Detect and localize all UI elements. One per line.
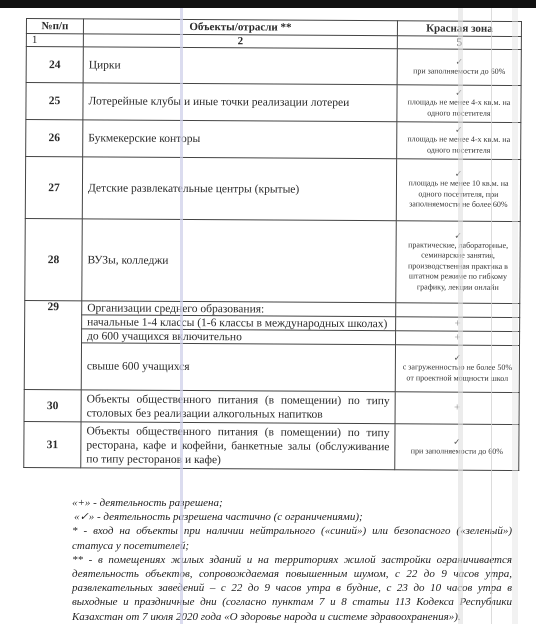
scan-artifact-line <box>458 8 463 624</box>
table-row: 26 Букмекерские конторы ✓ площадь не мен… <box>26 120 521 160</box>
legend-star: * - вход на объекты при наличии нейтраль… <box>72 524 512 552</box>
row-num: 29 <box>24 300 82 389</box>
row-name: Букмекерские конторы <box>83 120 397 159</box>
row-name: Детские развлекательные центры (крытые) <box>82 157 396 221</box>
row-num: 26 <box>26 120 83 157</box>
table-row: 24 Цирки ✓ при заполняемости до 60% <box>26 47 521 86</box>
table-subrow: свыше 600 учащихся ✓ с загруженностью не… <box>24 342 519 392</box>
colnum-1: 1 <box>26 34 83 47</box>
table-row: 30 Объекты общественного питания (в поме… <box>24 389 519 424</box>
table-row: 28 ВУЗы, колледжи ✓ практические, лабора… <box>25 218 520 303</box>
row-name: Объекты общественного питания (в помещен… <box>81 390 395 424</box>
legend: «+» - деятельность разрешена; «✓» - деят… <box>72 496 512 624</box>
scan-top-edge <box>0 0 536 8</box>
table-row: 31 Объекты общественного питания (в поме… <box>24 421 519 470</box>
row-num: 24 <box>26 47 83 83</box>
scan-artifact-line <box>491 8 492 624</box>
row-num: 30 <box>24 389 81 421</box>
legend-double-star: ** - в помещениях жилых зданий и на терр… <box>72 553 512 624</box>
row-name: ВУЗы, колледжи <box>82 219 396 303</box>
row-name: Объекты общественного питания (в помещен… <box>81 422 395 470</box>
row-num: 25 <box>26 83 83 120</box>
header-num: №п/п <box>26 19 83 34</box>
table-row: 25 Лотерейные клубы и иные точки реализа… <box>26 83 521 123</box>
row-name: Лотерейные клубы и иные точки реализации… <box>83 83 397 122</box>
legend-plus: «+» - деятельность разрешена; <box>72 496 512 510</box>
scan-artifact-line <box>512 8 518 624</box>
scan-artifact-line <box>180 8 183 624</box>
legend-check: «✓» - деятельность разрешена частично (с… <box>72 510 512 524</box>
row-num: 27 <box>25 157 82 219</box>
row-name: Цирки <box>83 47 397 85</box>
table-row: 27 Детские развлекательные центры (крыты… <box>25 157 520 222</box>
row-note: при заполняемости до 60% <box>411 446 503 456</box>
subrow-name: свыше 600 учащихся <box>81 343 395 392</box>
restrictions-table: №п/п Объекты/отрасли ** Красная зона 1 2… <box>23 18 522 471</box>
row-num: 28 <box>25 218 82 300</box>
row-num: 31 <box>24 421 81 467</box>
row-red-zone: ✓ при заполняемости до 60% <box>395 424 519 471</box>
